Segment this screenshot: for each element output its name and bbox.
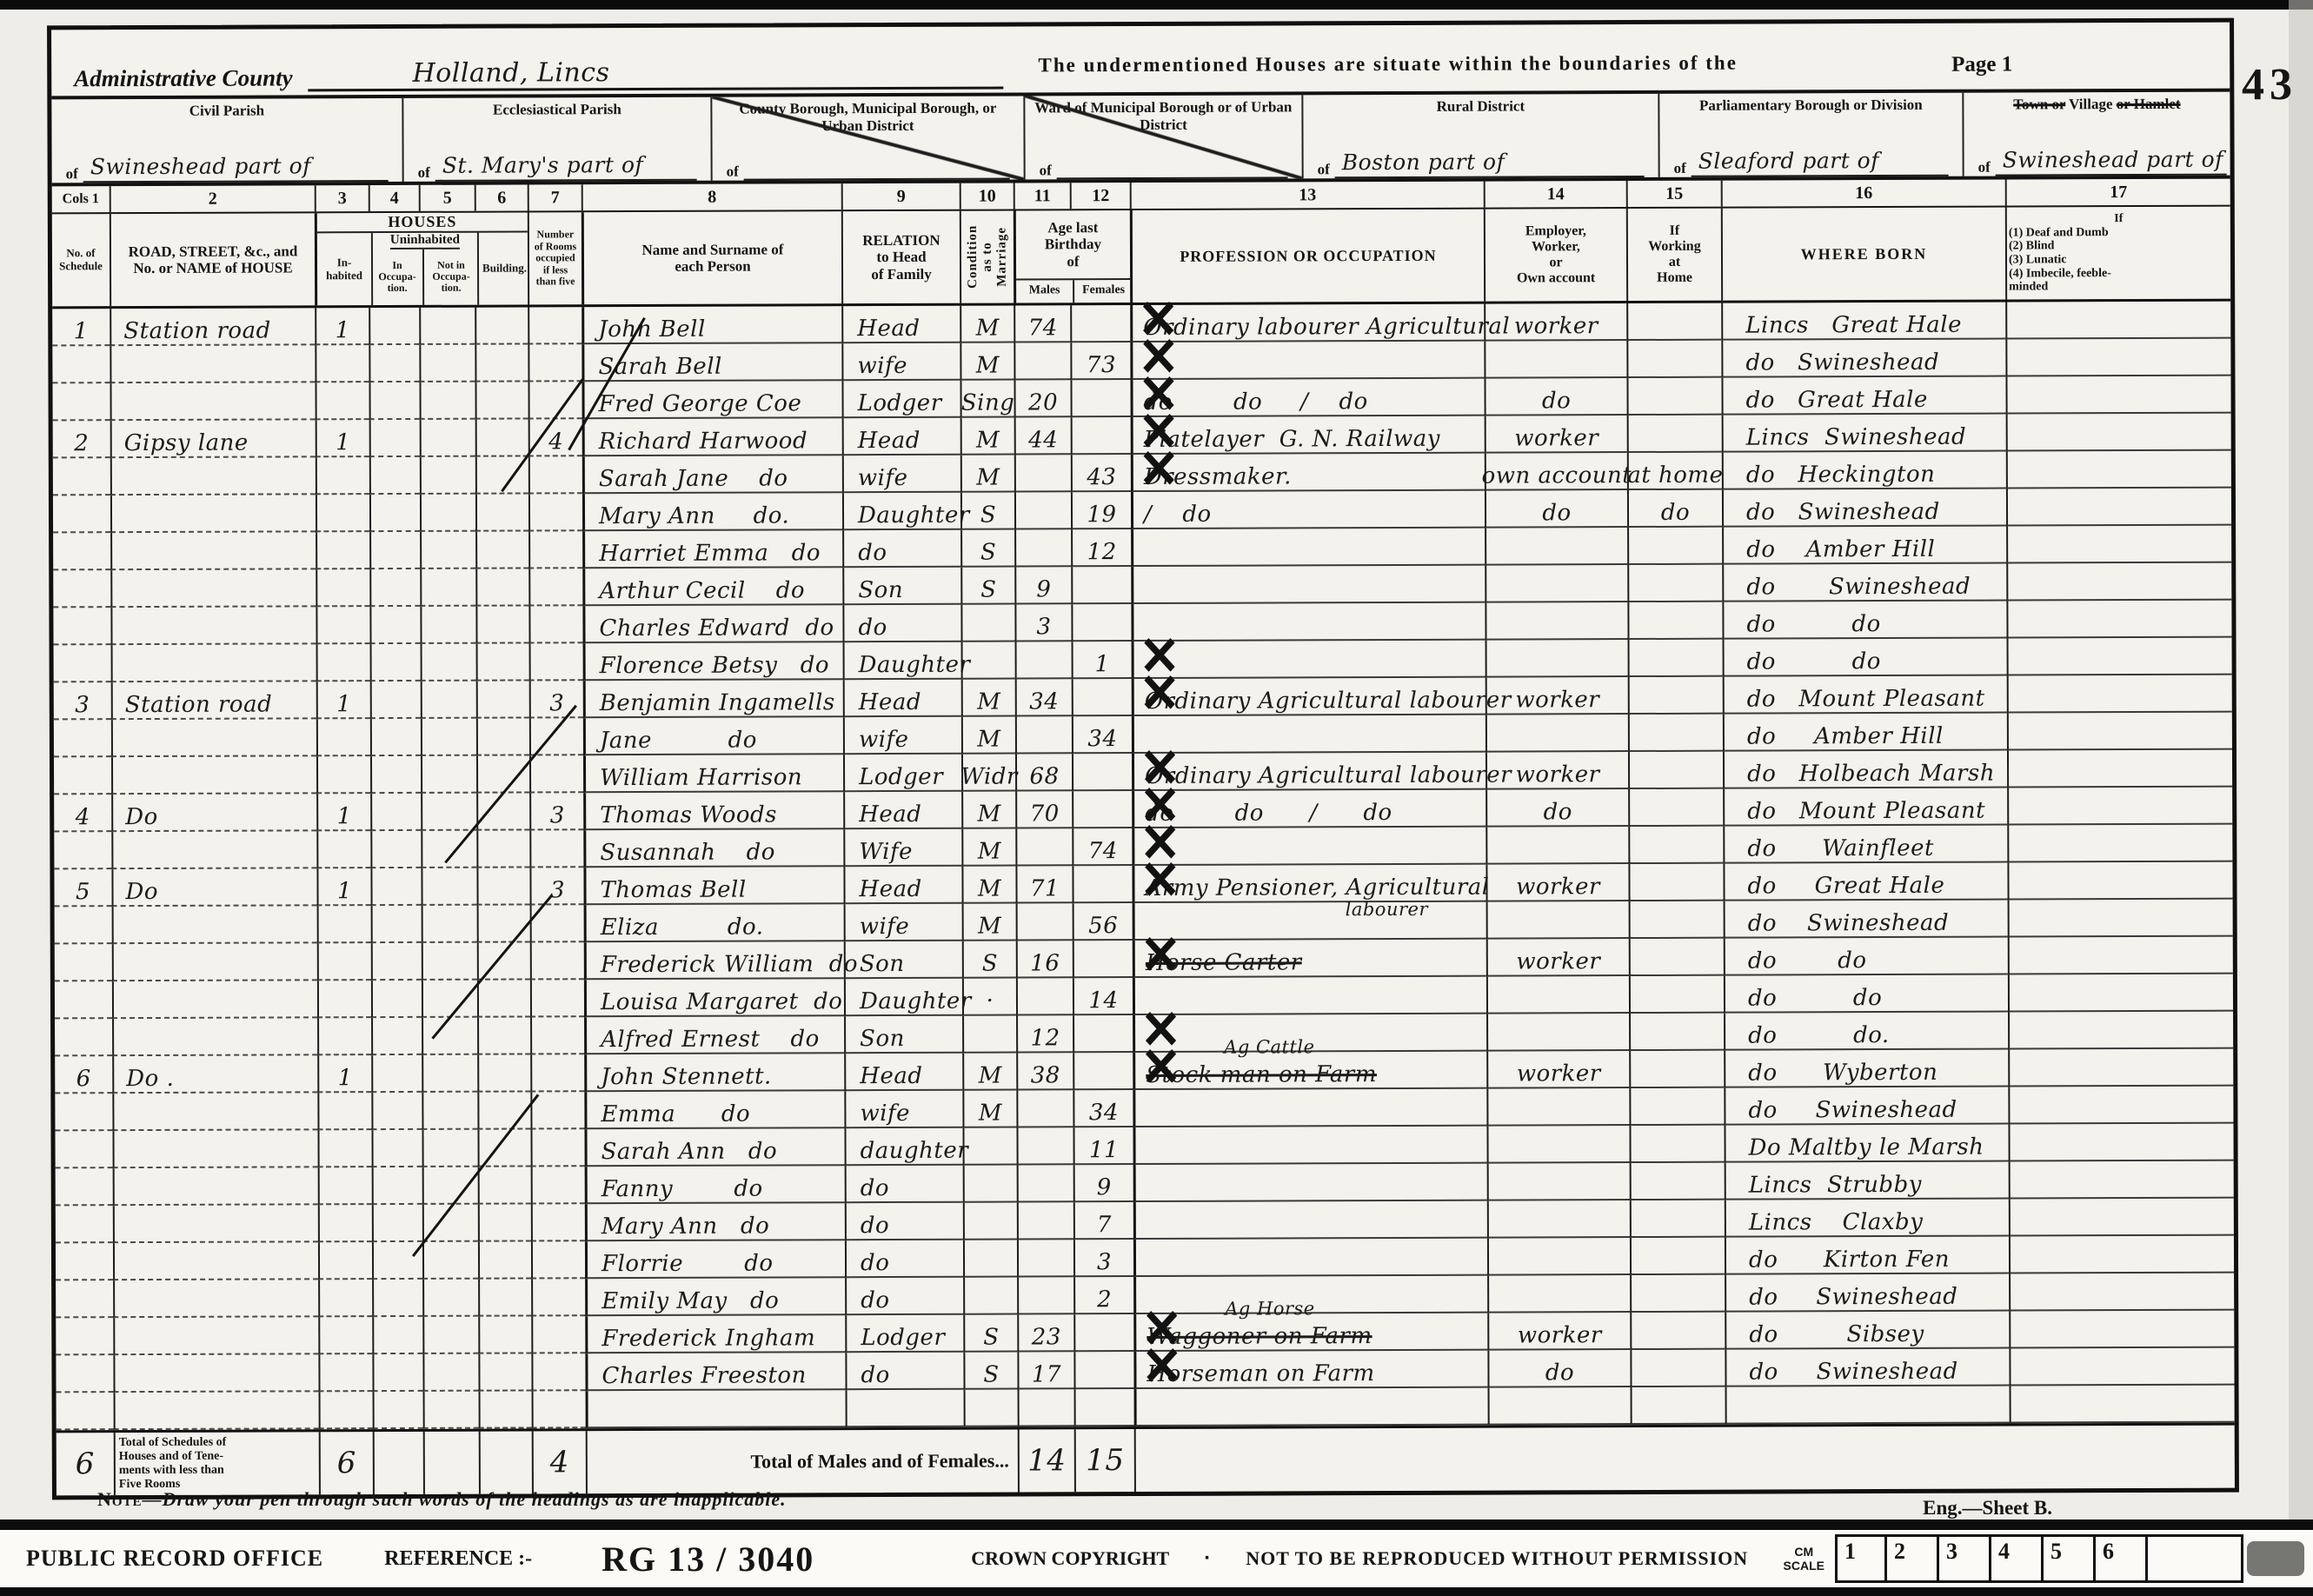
road-cell: Gipsy lane [110,420,316,458]
employer-worker-cell: worker [1486,939,1629,977]
not-in-occupation-cell [422,1280,478,1317]
occupation-cell [1133,1239,1487,1277]
name-cell: Sarah Ann do [584,1128,844,1167]
col-rooms-header: Number of Rooms occupied if less than fi… [528,212,582,304]
condition-cell [961,642,1015,680]
working-at-home-cell [1629,976,1724,1014]
infirmity-cell [2008,1049,2233,1087]
not-in-occupation-cell [421,868,476,906]
age-female-cell [1073,1015,1133,1053]
road-cell [112,943,317,981]
relation-cell: do [842,605,960,642]
ward-cell: Ward of Municipal Borough or of Urban Di… [1023,95,1301,179]
working-at-home-cell [1631,1387,1725,1425]
inhabited-cell [316,457,369,495]
not-in-occupation-cell [421,794,476,831]
inhabited-cell [316,644,370,682]
infirmity-cell [2007,713,2232,751]
age-male-cell: 23 [1017,1314,1073,1352]
civil-parish-value: Swineshead part of [83,153,389,183]
where-born-cell: do Swineshead [1724,901,2008,939]
relation-cell: do [845,1278,963,1315]
in-occupation-cell [372,1280,422,1317]
building-cell [477,1017,530,1054]
name-cell: Louisa Margaret do [584,979,844,1017]
in-occupation-cell [370,831,421,868]
age-male-cell [1014,342,1070,380]
road-cell [113,1167,318,1206]
building-cell [476,868,529,905]
rooms-cell [530,1129,584,1167]
age-female-cell [1072,791,1132,828]
working-at-home-cell [1629,1126,1724,1163]
scan-top-edge [0,0,2313,10]
road-cell [113,1280,318,1318]
schedule-number-cell [53,570,110,608]
relation-cell: Wife [843,829,961,867]
condition-cell: M [961,792,1015,829]
age-male-cell [1017,1165,1073,1202]
working-at-home-cell [1630,1163,1725,1200]
rooms-cell [528,344,582,382]
name-cell: Alfred Ernest do [584,1016,844,1054]
not-in-occupation-cell [422,1242,478,1280]
working-at-home-cell [1630,1238,1725,1275]
ward-value [1057,150,1288,179]
crown-copyright-label: CROWN COPYRIGHT [971,1547,1169,1570]
where-born-cell: do Mount Pleasant [1723,788,2007,827]
employer-worker-cell: do [1484,378,1626,416]
employer-worker-cell [1486,901,1629,940]
total-males-females-label: Total of Males and of Females... [586,1430,1018,1494]
relation-cell: Daughter [844,979,962,1016]
employer-worker-cell [1486,640,1628,678]
age-female-cell: 11 [1073,1127,1133,1165]
occupation-cell: Ordinary labourer Agricultural [1130,304,1484,342]
col-employer-header: Employer, Worker, or Own account [1484,209,1626,302]
name-cell: Charles Edward do [582,605,842,643]
relation-cell: Head [842,418,960,456]
infirmity-cell [2008,1012,2233,1050]
ecclesiastical-parish-value: St. Mary's part of [435,152,697,182]
schedule-number-cell [55,1094,112,1131]
schedule-number-cell: 2 [53,421,110,458]
rooms-cell [532,1391,586,1428]
condition-cell: M [962,904,1016,941]
building-cell [475,569,528,606]
rooms-cell: 3 [529,868,583,905]
census-page-scan: 43 Administrative County Holland, Lincs … [0,0,2313,1596]
working-at-home-cell [1626,341,1721,378]
in-occupation-cell [371,1018,422,1055]
road-cell [110,607,316,645]
schedule-number-cell [52,383,110,421]
col-road-header: ROAD, STREET, &c., and No. or NAME of HO… [110,213,315,306]
separator-dot: · [1204,1546,1211,1571]
in-occupation-cell [371,943,422,981]
where-born-cell: do Swineshead [1722,564,2006,602]
occupation-cell: / do [1131,491,1485,529]
not-in-occupation-cell [421,644,476,682]
age-male-cell [1016,1127,1073,1165]
where-born-cell: do Swineshead [1725,1349,2009,1387]
name-cell: Thomas Woods [583,792,843,830]
building-cell [476,755,529,793]
condition-cell: M [961,867,1015,904]
schedule-number-cell [53,458,110,495]
col-profession-header: PROFESSION OR OCCUPATION [1130,209,1484,303]
rooms-cell [529,755,583,793]
building-cell [475,307,528,344]
name-cell: Arthur Cecil do [582,568,842,606]
road-cell [111,644,316,682]
relation-cell: Head [843,867,961,904]
in-occupation-cell [371,1055,422,1093]
name-cell: Charles Freeston [585,1353,845,1391]
building-cell [475,606,528,643]
relation-cell: Daughter [843,642,961,680]
inhabited-cell [316,756,370,794]
occupation-cell [1131,566,1485,604]
occupation-cell [1132,715,1486,754]
not-in-occupation-cell [420,420,475,457]
permission-label: NOT TO BE REPRODUCED WITHOUT PERMISSION [1246,1547,1748,1570]
situate-line: The undermentioned Houses are situate wi… [1038,52,1737,77]
occupation-correction: Ag Horse [1225,1298,1315,1319]
in-occupation-cell [371,1093,422,1130]
inhabited-cell [316,495,369,532]
infirmity-cell [2009,1161,2234,1200]
employer-worker-cell [1485,565,1627,603]
employer-worker-cell [1486,1014,1629,1052]
rooms-cell [529,830,583,868]
occupation-cell: do do / do [1132,790,1486,828]
where-born-cell: do do [1722,602,2006,640]
age-male-cell: 16 [1016,941,1073,978]
name-cell: Florence Betsy do [583,642,843,681]
total-males-value: 14 [1018,1429,1074,1492]
census-form: Administrative County Holland, Lincs The… [47,18,2239,1500]
condition-cell [962,1128,1016,1166]
age-male-cell [1016,903,1073,941]
col-schedule-header: No. of Schedule [52,214,110,306]
where-born-cell: Lincs Swineshead [1722,415,2006,453]
totals-empty-cells [1134,1426,2235,1492]
employer-worker-cell [1488,1387,1631,1426]
working-at-home-cell: do [1627,490,1722,528]
name-cell: Benjamin Ingamells [583,680,843,718]
town-village-cell: Town or Village or Hamlet of Swineshead … [1962,92,2230,176]
or-hamlet-struck: or Hamlet [2117,96,2181,112]
where-born-cell: do Swineshead [1721,340,2005,378]
employer-worker-cell [1485,602,1627,641]
building-cell [475,419,528,456]
infirmity-cell [2009,1348,2234,1387]
building-cell [477,1054,530,1092]
schedule-number-cell [55,907,112,944]
ecclesiastical-parish-cell: Ecclesiastical Parish of St. Mary's part… [402,97,710,182]
inhabited-cell [318,1317,372,1354]
name-cell: Mary Ann do. [582,493,842,531]
name-cell: Florrie do [585,1240,845,1279]
public-record-office-label: PUBLIC RECORD OFFICE [26,1546,323,1572]
not-in-occupation-cell [420,569,475,607]
relation-cell: wife [844,1091,962,1128]
infirmity-cell [2007,750,2232,788]
occupation-cell [1134,1388,1488,1426]
employer-worker-cell [1486,715,1628,753]
working-at-home-cell [1628,677,1723,715]
age-female-cell: 34 [1072,716,1132,754]
where-born-cell: do do [1724,975,2008,1014]
building-cell [479,1391,532,1428]
occupation-cell: Ag HorseWaggoner on Farm [1133,1313,1487,1352]
in-occupation-cell [369,607,420,644]
age-female-cell [1072,866,1132,903]
county-borough-label: County Borough, Municipal Borough, or Ur… [721,100,1014,135]
name-cell: Harriet Emma do [582,530,842,569]
building-cell [478,1204,531,1241]
age-female-cell: 74 [1072,828,1132,866]
working-at-home-cell [1628,789,1723,827]
condition-cell: M [960,418,1014,456]
relation-cell: do [845,1203,963,1240]
age-female-cell [1073,941,1133,978]
age-female-cell: 73 [1070,342,1130,380]
rooms-cell [531,1279,585,1316]
inhabited-cell [317,943,371,981]
inhabited-cell [316,569,369,607]
age-female-cell: 34 [1073,1090,1133,1127]
relation-cell: wife [842,456,960,493]
working-at-home-cell [1627,565,1722,602]
inhabited-cell: 1 [316,682,370,719]
name-cell [586,1390,846,1428]
infirmity-cell [2008,1124,2233,1162]
age-male-cell [1017,1240,1073,1277]
building-cell [476,718,529,755]
inhabited-cell [316,831,370,868]
relation-cell: Head [843,680,961,717]
where-born-cell: do Holbeach Marsh [1723,751,2007,789]
employer-worker-cell: worker [1484,303,1626,342]
relation-cell: do [845,1353,963,1390]
in-occupation-cell [370,756,421,794]
working-at-home-cell [1626,378,1721,416]
age-female-cell: 14 [1073,978,1133,1015]
age-female-cell: 9 [1073,1165,1133,1202]
where-born-cell [1725,1387,2010,1425]
piece-number: 43 [2242,59,2297,110]
infirmity-cell [2006,601,2231,639]
inhabited-cell: 1 [315,308,369,345]
in-occupation-cell [369,420,420,457]
col-age-header: Age last Birthday of Males Females [1014,210,1130,303]
total-rooms-value: 4 [532,1431,586,1493]
where-born-cell: do Heckington [1722,452,2006,490]
condition-cell: S [960,568,1014,605]
employer-worker-cell [1486,827,1628,865]
name-cell: Susannah do [583,829,843,868]
road-cell [113,1354,318,1393]
admin-county-row: Administrative County Holland, Lincs The… [51,23,2230,100]
town-village-label: Town or Village or Hamlet [1972,96,2221,114]
not-in-occupation-cell [421,719,476,756]
building-cell [478,1279,531,1316]
rooms-cell [529,643,583,681]
age-male-cell [1017,1202,1073,1240]
relation-cell: wife [843,717,961,755]
age-male-cell: 74 [1014,305,1070,342]
schedule-number-cell [56,1393,114,1430]
age-female-cell [1072,679,1132,716]
condition-cell: M [962,1054,1016,1091]
schedule-number-cell: 6 [55,1056,112,1094]
age-female-cell: 7 [1073,1202,1133,1240]
occupation-cell [1133,1127,1486,1165]
building-cell [477,980,530,1017]
working-at-home-cell [1627,416,1722,453]
condition-cell: S [960,493,1014,530]
total-houses-value: 6 [319,1432,373,1494]
not-in-occupation-cell [419,382,475,420]
relation-cell: Head [843,792,961,829]
relation-cell: do [845,1166,963,1203]
occupation-cell: do do / do [1130,379,1484,417]
employer-worker-cell: worker [1487,1313,1630,1351]
where-born-cell: do do [1723,639,2007,677]
infirmity-cell [2009,1236,2234,1274]
infirmity-cell [2006,526,2231,564]
colnum-1: Cols 1 [52,186,110,212]
infirmity-cell [2009,1273,2234,1312]
pro-footer-strip: PUBLIC RECORD OFFICE REFERENCE :- RG 13 … [0,1530,2313,1596]
inhabited-cell: 1 [316,794,370,831]
occupation-cell [1131,529,1485,567]
age-male-cell [1014,455,1071,492]
rooms-cell [528,606,582,643]
in-occupation-cell [370,794,421,831]
working-at-home-cell [1630,1275,1725,1313]
age-male-cell [1015,828,1072,866]
occupation-cell: Army Pensioner, Agriculturallabourer [1132,865,1486,903]
rooms-cell [531,1167,585,1204]
col-home-header: If Working at Home [1626,209,1721,301]
working-at-home-cell [1629,1051,1724,1088]
age-male-cell: 71 [1015,866,1072,903]
town-or-struck: Town or [2013,96,2065,112]
col-houses-header: HOUSES In- habited Uninhabited In Occupa… [315,212,528,305]
occupation-cell: Ordinary Agricultural labourer [1132,753,1486,791]
age-female-cell [1071,567,1131,604]
inhabited-cell [317,906,371,943]
where-born-cell: do do [1724,938,2008,976]
not-in-occupation-cell [420,457,475,495]
rooms-cell [530,980,584,1017]
condition-cell: S [963,1353,1017,1390]
working-at-home-cell [1629,1088,1724,1126]
condition-cell: M [961,680,1015,717]
name-cell: Emily May do [585,1278,845,1316]
not-in-occupation-cell [422,943,477,981]
schedule-number-cell [55,944,112,981]
infirmity-cell [2008,974,2233,1013]
condition-cell: S [960,530,1014,568]
condition-cell [964,1390,1018,1427]
in-occupation-cell [369,308,419,345]
admin-county-value: Holland, Lincs [308,57,1003,92]
age-male-cell: 12 [1016,1015,1073,1053]
occupation-cell [1133,1089,1486,1127]
schedule-number-cell [56,1355,113,1393]
name-cell: Frederick William do [584,941,844,980]
age-male-cell: 68 [1015,754,1072,791]
age-male-cell: 70 [1015,791,1072,828]
age-female-cell: 1 [1072,642,1132,679]
working-at-home-cell [1627,528,1722,565]
name-cell: Fanny do [585,1166,845,1204]
where-born-cell: Lincs Claxby [1725,1200,2009,1238]
inhabited-cell [316,719,370,756]
employer-worker-cell [1485,528,1627,566]
schedule-number-cell [56,1243,113,1280]
working-at-home-cell: at home [1627,453,1722,490]
occupation-correction: Ag Cattle [1224,1036,1314,1057]
employer-worker-cell [1487,1238,1630,1276]
in-occupation-cell [369,532,420,569]
condition-cell [963,1278,1017,1315]
building-cell [476,643,529,681]
infirmity-cell [2005,376,2230,415]
inhabited-cell [315,345,369,382]
inhabited-cell [316,532,369,569]
employer-worker-cell [1486,1126,1629,1164]
relation-cell: Lodger [843,755,961,792]
town-village-value: Swineshead part of [1996,147,2227,176]
col-in-occupation-header: In Occupa- tion. [372,249,422,305]
relation-cell: Lodger [841,381,960,418]
in-occupation-cell [370,682,421,719]
where-born-cell: do do. [1724,1013,2008,1051]
not-in-occupation-cell [420,607,475,644]
of-word: of [66,165,78,183]
civil-parish-cell: Civil Parish of Swineshead part of [51,98,402,183]
employer-worker-cell [1487,1200,1630,1239]
rooms-cell: 3 [529,681,583,718]
building-cell [478,1316,531,1353]
not-in-occupation-cell [422,1130,477,1167]
inhabited-cell: 1 [316,868,370,906]
age-male-cell [1016,1090,1073,1127]
inhabited-cell: 1 [317,1055,371,1093]
building-cell [475,382,528,419]
infirmity-cell [2007,788,2232,826]
working-at-home-cell [1628,827,1723,864]
county-borough-cell: County Borough, Municipal Borough, or Ur… [710,96,1023,180]
age-female-cell [1072,754,1132,791]
road-cell [112,906,317,944]
condition-cell: M [961,717,1015,755]
where-born-cell: do Wainfleet [1723,826,2007,864]
occupation-cell [1133,977,1486,1015]
age-male-cell: 3 [1014,604,1071,642]
not-in-occupation-cell [422,1167,478,1205]
where-born-cell: Lincs Strubby [1725,1162,2009,1200]
schedule-number-cell: 5 [54,869,111,907]
inhabited-cell [319,1392,373,1429]
occupation-cell: Horse Carter [1133,940,1486,978]
employer-worker-cell: worker [1486,752,1628,790]
